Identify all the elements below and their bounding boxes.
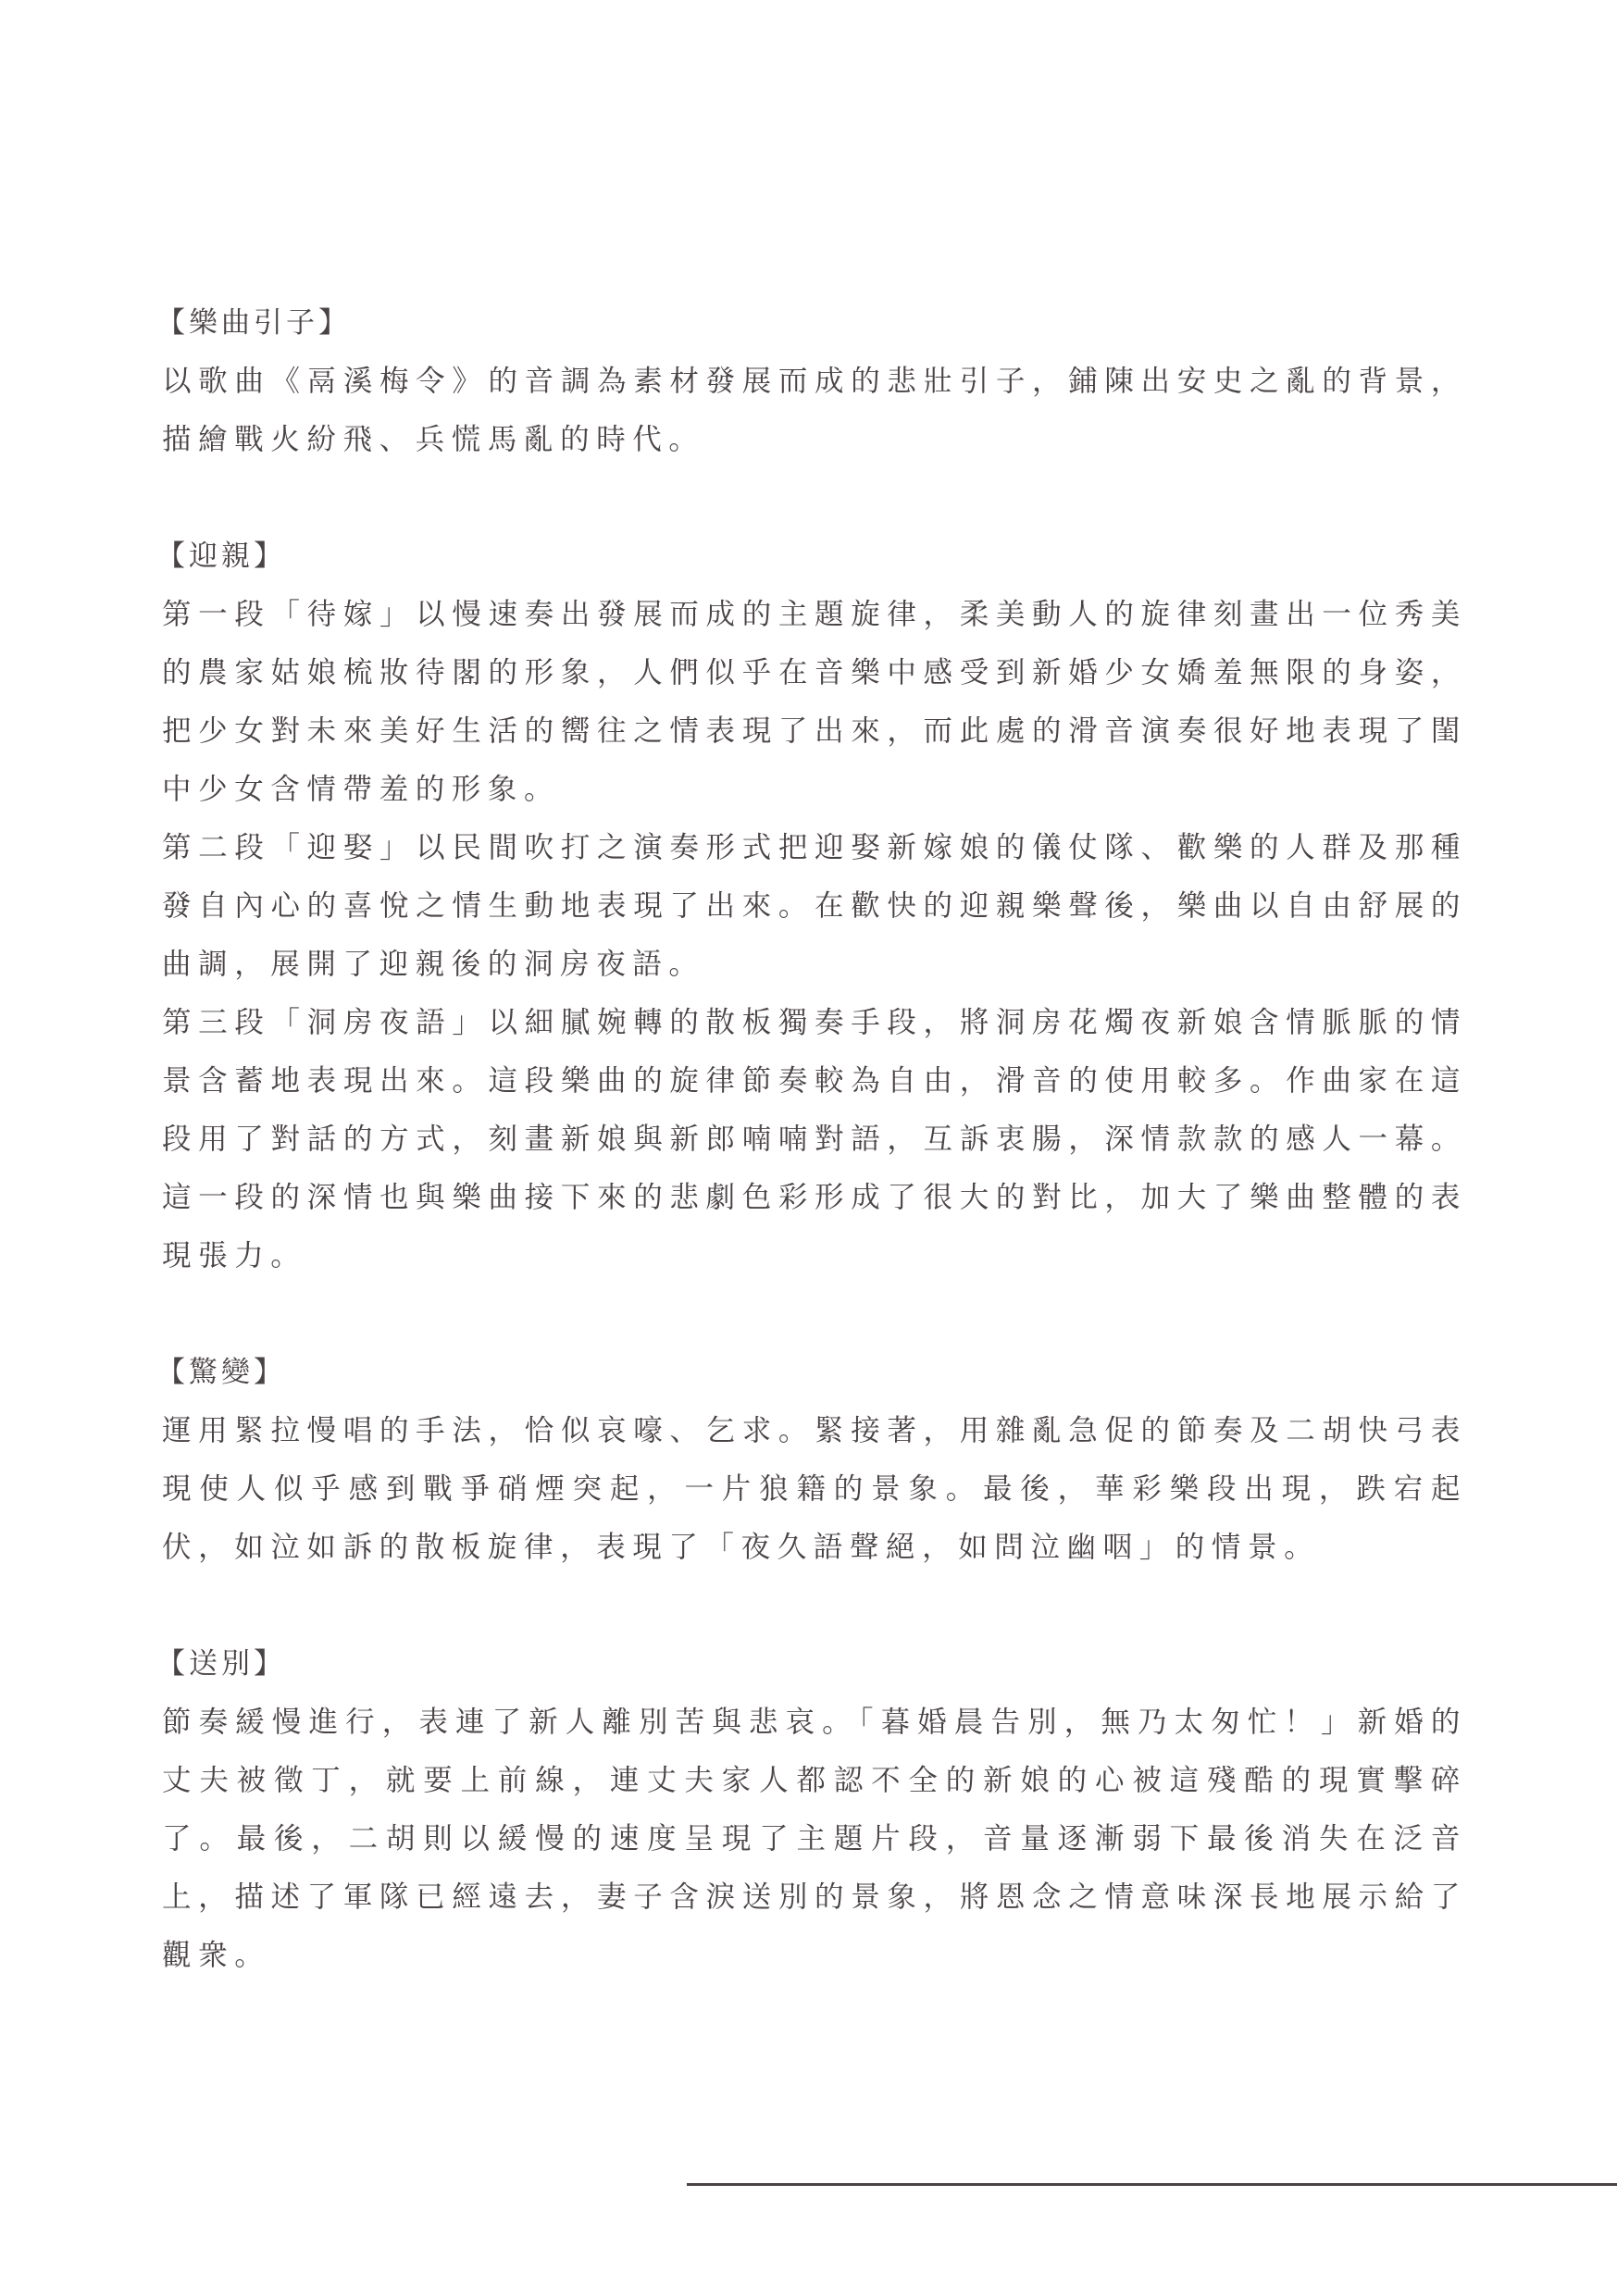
section-heading: 【迎親】 xyxy=(156,527,1467,586)
document-body: 【樂曲引子】 以歌曲《鬲溪梅令》的音調為素材發展而成的悲壯引子，鋪陳出安史之亂的… xyxy=(162,294,1467,1985)
paragraph: 以歌曲《鬲溪梅令》的音調為素材發展而成的悲壯引子，鋪陳出安史之亂的背景，描繪戰火… xyxy=(162,353,1467,469)
section-heading: 【樂曲引子】 xyxy=(156,294,1467,353)
paragraph: 第三段「洞房夜語」以細膩婉轉的散板獨奏手段，將洞房花燭夜新娘含情脈脈的情景含蓄地… xyxy=(162,994,1467,1285)
paragraph: 第一段「待嫁」以慢速奏出發展而成的主題旋律，柔美動人的旋律刻畫出一位秀美的農家姑… xyxy=(162,586,1467,819)
section-heading: 【送別】 xyxy=(156,1635,1467,1694)
paragraph: 運用緊拉慢唱的手法，恰似哀嚎、乞求。緊接著，用雜亂急促的節奏及二胡快弓表現使人似… xyxy=(162,1402,1467,1577)
section-wedding-procession: 【迎親】 第一段「待嫁」以慢速奏出發展而成的主題旋律，柔美動人的旋律刻畫出一位秀… xyxy=(162,527,1467,1285)
section-heading: 【驚變】 xyxy=(156,1344,1467,1402)
paragraph: 第二段「迎娶」以民間吹打之演奏形式把迎娶新嫁娘的儀仗隊、歡樂的人群及那種發自內心… xyxy=(162,819,1467,994)
footer-rule-divider xyxy=(687,2183,1617,2186)
section-intro: 【樂曲引子】 以歌曲《鬲溪梅令》的音調為素材發展而成的悲壯引子，鋪陳出安史之亂的… xyxy=(162,294,1467,469)
paragraph: 節奏緩慢進行，表連了新人離別苦與悲哀。「暮婚晨告別，無乃太匆忙！」新婚的丈夫被徵… xyxy=(162,1694,1467,1985)
section-farewell: 【送別】 節奏緩慢進行，表連了新人離別苦與悲哀。「暮婚晨告別，無乃太匆忙！」新婚… xyxy=(162,1635,1467,1985)
section-sudden-change: 【驚變】 運用緊拉慢唱的手法，恰似哀嚎、乞求。緊接著，用雜亂急促的節奏及二胡快弓… xyxy=(162,1344,1467,1577)
